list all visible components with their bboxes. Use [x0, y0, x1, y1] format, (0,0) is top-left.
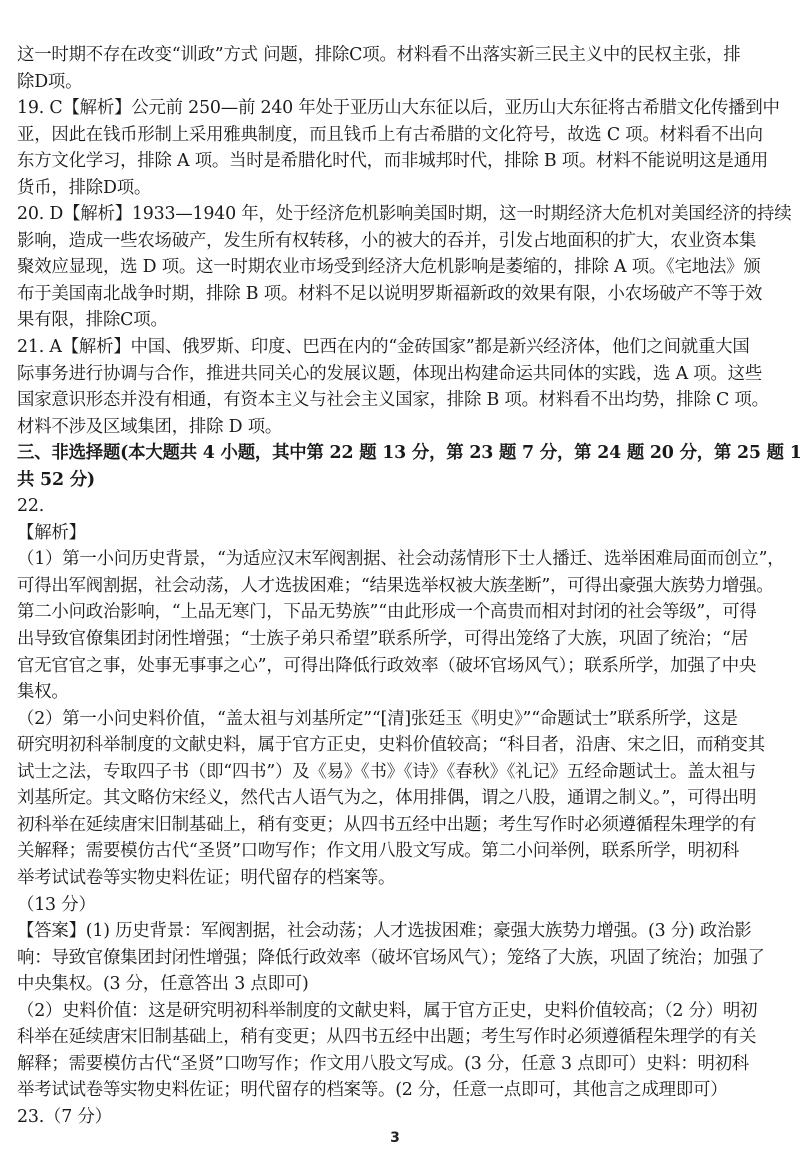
text-line: 关解释；需要模仿古代“圣贤”口吻写作；作文用八股文写成。第二小问举例，联系所学，… — [17, 838, 777, 865]
answer-21-line: 21. A【解析】中国、俄罗斯、印度、巴西在内的“金砖国家”都是新兴经济体，他们… — [17, 334, 777, 361]
text-line: 研究明初科举制度的文献史料，属于官方正史，史料价值较高；“科目者，沿唐、宋之旧，… — [17, 732, 777, 759]
section-heading: 三、非选择题(本大题共 4 小题，其中第 22 题 13 分，第 23 题 7 … — [17, 440, 777, 467]
text-line: 这一时期不存在改变“训政”方式 问题，排除C项。材料看不出落实新三民主义中的民权… — [17, 42, 777, 69]
text-line: 材料不涉及区域集团，排除 D 项。 — [17, 414, 777, 441]
section-heading-cont: 共 52 分) — [17, 467, 777, 494]
text-line: （1）第一小问历史背景，“为适应汉末军阀割据、社会动荡情形下士人播迁、选举困难局… — [17, 546, 777, 573]
text-line: 际事务进行协调与合作，推进共同关心的发展议题，体现出构建命运共同体的实践，选 A… — [17, 361, 777, 388]
text-line: 集权。 — [17, 679, 777, 706]
text-line: 刘基所定。其文略仿宋经义，然代古人语气为之，体用排偶，谓之八股，通谓之制义。”，… — [17, 785, 777, 812]
analysis-label: 【解析】 — [17, 520, 777, 547]
text-line: 布于美国南北战争时期，排除 B 项。材料不足以说明罗斯福新政的效果有限，小农场破… — [17, 281, 777, 308]
text-line: 试士之法，专取四子书（即“四书”）及《易》《书》《诗》《春秋》《礼记》五经命题试… — [17, 759, 777, 786]
text-line: 举考试试卷等实物史料佐证；明代留存的档案等。(2 分，任意一点即可，其他言之成理… — [17, 1077, 777, 1104]
text-line: （2）第一小问史料价值，“盖太祖与刘基所定”“[清]张廷玉《明史》”“命题试士”… — [17, 706, 777, 733]
text-line: 东方文化学习，排除 A 项。当时是希腊化时代，而非城邦时代，排除 B 项。材料不… — [17, 148, 777, 175]
text-line: 举考试试卷等实物史料佐证；明代留存的档案等。 — [17, 865, 777, 892]
text-line: 货币，排除D项。 — [17, 175, 777, 202]
question-23-number: 23.（7 分） — [17, 1104, 777, 1131]
text-line: 可得出军阀割据，社会动荡，人才选拔困难；“结果选举权被大族垄断”，可得出豪强大族… — [17, 573, 777, 600]
text-line: 除D项。 — [17, 69, 777, 96]
text-line: 官无官官之事，处事无事事之心”，可得出降低行政效率（破坏官场风气）；联系所学，加… — [17, 653, 777, 680]
question-22-number: 22. — [17, 493, 777, 520]
text-line: 聚效应显现，选 D 项。这一时期农业市场受到经济大危机影响是萎缩的，排除 A 项… — [17, 254, 777, 281]
text-line: （2）史料价值：这是研究明初科举制度的文献史料，属于官方正史，史料价值较高；（2… — [17, 998, 777, 1025]
text-line: 第二小问政治影响，“上品无寒门，下品无势族”“由此形成一个高贵而相对封闭的社会等… — [17, 599, 777, 626]
page-number: 3 — [0, 1130, 790, 1146]
text-line: 果有限，排除C项。 — [17, 307, 777, 334]
score-label: （13 分） — [17, 892, 777, 919]
answer-label-line: 【答案】(1) 历史背景：军阀割据，社会动荡；人才选拔困难；豪强大族势力增强。(… — [17, 918, 777, 945]
answer-20-line: 20. D【解析】1933—1940 年，处于经济危机影响美国时期，这一时期经济… — [17, 201, 777, 228]
document-page: 这一时期不存在改变“训政”方式 问题，排除C项。材料看不出落实新三民主义中的民权… — [17, 42, 777, 1130]
text-line: 国家意识形态并没有相通，有资本主义与社会主义国家，排除 B 项。材料看不出均势，… — [17, 387, 777, 414]
text-line: 亚，因此在钱币形制上采用雅典制度，而且钱币上有古希腊的文化符号，故选 C 项。材… — [17, 122, 777, 149]
text-line: 响：导致官僚集团封闭性增强；降低行政效率（破坏官场风气）；笼络了大族，巩固了统治… — [17, 945, 777, 972]
text-line: 解释；需要模仿古代“圣贤”口吻写作；作文用八股文写成。(3 分，任意 3 点即可… — [17, 1051, 777, 1078]
text-line: 出导致官僚集团封闭性增强；“士族子弟只希望”联系所学，可得出笼络了大族，巩固了统… — [17, 626, 777, 653]
answer-19-line: 19. C【解析】公元前 250—前 240 年处于亚历山大东征以后，亚历山大东… — [17, 95, 777, 122]
text-line: 初科举在延续唐宋旧制基础上，稍有变更；从四书五经中出题；考生写作时必须遵循程朱理… — [17, 812, 777, 839]
text-line: 中央集权。(3 分，任意答出 3 点即可) — [17, 971, 777, 998]
text-line: 科举在延续唐宋旧制基础上，稍有变更；从四书五经中出题；考生写作时必须遵循程朱理学… — [17, 1024, 777, 1051]
text-line: 影响，造成一些农场破产，发生所有权转移，小的被大的吞并，引发占地面积的扩大，农业… — [17, 228, 777, 255]
